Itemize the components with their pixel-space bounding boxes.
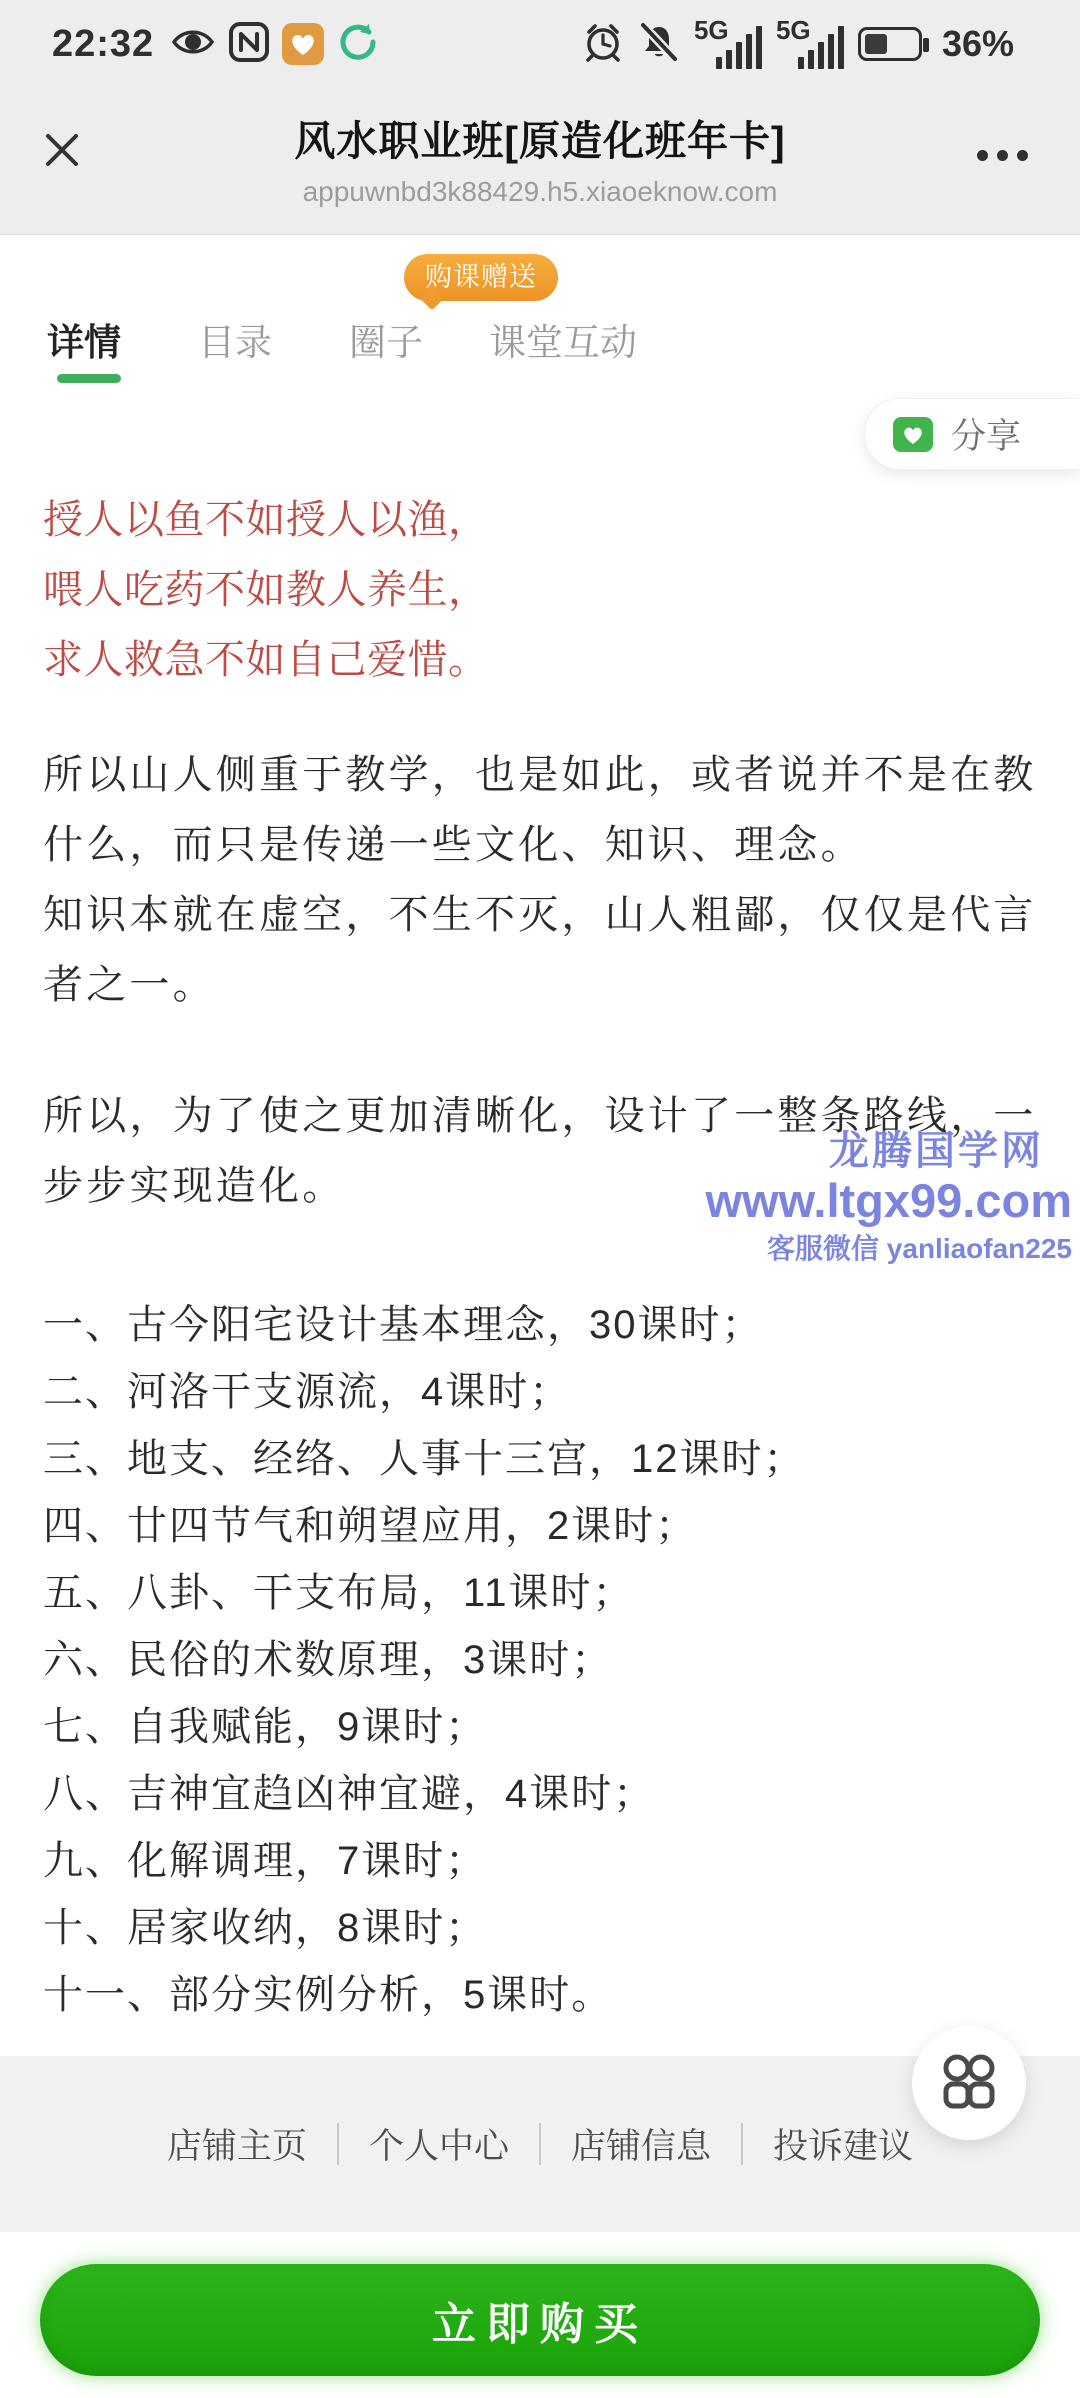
list-item: 九、化解调理，7课时； [43,1828,1053,1895]
paragraph: 所以山人侧重于教学，也是如此，或者说并不是在教什么，而只是传递一些文化、知识、理… [43,740,1043,880]
promo-badge: 购课赠送 [404,254,558,301]
quick-menu-button[interactable] [912,2026,1026,2140]
active-tab-underline [57,374,121,383]
eye-icon [170,22,216,67]
list-item: 八、吉神宜趋凶神宜避，4课时； [43,1761,1053,1828]
tab-circle[interactable]: 圈子 [349,312,423,366]
list-item: 二、河洛干支源流，4课时； [43,1359,1053,1426]
status-right-icons: 5G 5G 36% [582,15,1014,73]
list-item: 六、民俗的术数原理，3课时； [43,1627,1053,1694]
tab-catalog[interactable]: 目录 [198,312,272,366]
list-item: 一、古今阳宅设计基本理念，30课时； [43,1292,1053,1359]
list-item: 五、八卦、干支布局，11课时； [43,1560,1053,1627]
clover-grid-icon [937,2051,1001,2115]
footer-link-user-center[interactable]: 个人中心 [369,2119,509,2169]
signal-5g-icon-2: 5G [776,15,844,73]
red-quote-line: 授人以鱼不如授人以渔， [43,485,489,555]
footer-divider [741,2123,743,2165]
clock-time: 22:32 [52,23,154,66]
footer-link-complaints[interactable]: 投诉建议 [773,2119,913,2169]
tab-bar: 详情 目录 圈子 课堂互动 购课赠送 [0,236,1080,391]
signal-5g-icon: 5G [694,15,762,73]
status-left-icons [170,20,380,69]
red-quote-line: 求人救急不如自己爱惜。 [43,625,489,695]
body-paragraphs: 所以山人侧重于教学，也是如此，或者说并不是在教什么，而只是传递一些文化、知识、理… [43,740,1043,1020]
footer-link-shop-home[interactable]: 店铺主页 [167,2119,307,2169]
list-item: 十一、部分实例分析，5课时。 [43,1962,1053,2029]
watermark-url: www.ltgx99.com [705,1174,1072,1228]
purchase-bar: 立即购买 [0,2232,1080,2398]
page-title: 风水职业班[原造化班年卡] [0,108,1080,167]
list-item: 十、居家收纳，8课时； [43,1895,1053,1962]
watermark-wechat-contact: 客服微信 yanliaofan225 [705,1228,1072,1270]
status-bar: 22:32 5G [0,0,1080,88]
share-button[interactable]: 分享 [864,398,1080,470]
list-item: 三、地支、经络、人事十三宫，12课时； [43,1426,1053,1493]
list-item: 四、廿四节气和朔望应用，2课时； [43,1493,1053,1560]
list-item: 七、自我赋能，9课时； [43,1694,1053,1761]
share-icon [891,412,935,456]
course-outline-list: 一、古今阳宅设计基本理念，30课时； 二、河洛干支源流，4课时； 三、地支、经络… [43,1292,1053,2029]
red-quote: 授人以鱼不如授人以渔， 喂人吃药不如教人养生， 求人救急不如自己爱惜。 [43,485,489,695]
buy-now-button[interactable]: 立即购买 [40,2264,1040,2376]
battery-percent: 36% [942,23,1014,65]
bell-muted-icon [638,21,680,68]
heart-app-icon [282,23,324,65]
footer-link-shop-info[interactable]: 店铺信息 [571,2119,711,2169]
page-url: appuwnbd3k88429.h5.xiaoeknow.com [0,176,1080,208]
red-quote-line: 喂人吃药不如教人养生， [43,555,489,625]
ellipsis-icon [977,150,988,161]
alarm-icon [582,21,624,68]
site-watermark: 龙腾国学网 www.ltgx99.com 客服微信 yanliaofan225 [705,1128,1072,1270]
tab-details[interactable]: 详情 [47,312,121,366]
wechat-browser-screen: 22:32 5G [0,0,1080,2398]
share-label: 分享 [951,409,1021,459]
sync-icon [336,20,380,69]
paragraph: 知识本就在虚空，不生不灭，山人粗鄙，仅仅是代言者之一。 [43,880,1043,1020]
more-menu-button[interactable] [967,140,1038,171]
watermark-site-name: 龙腾国学网 [705,1128,1072,1174]
tab-interaction[interactable]: 课堂互动 [489,312,637,366]
footer-divider [337,2123,339,2165]
footer-divider [539,2123,541,2165]
nfc-icon [228,21,270,68]
battery-icon [858,27,922,61]
browser-title-bar: 风水职业班[原造化班年卡] appuwnbd3k88429.h5.xiaoekn… [0,88,1080,235]
